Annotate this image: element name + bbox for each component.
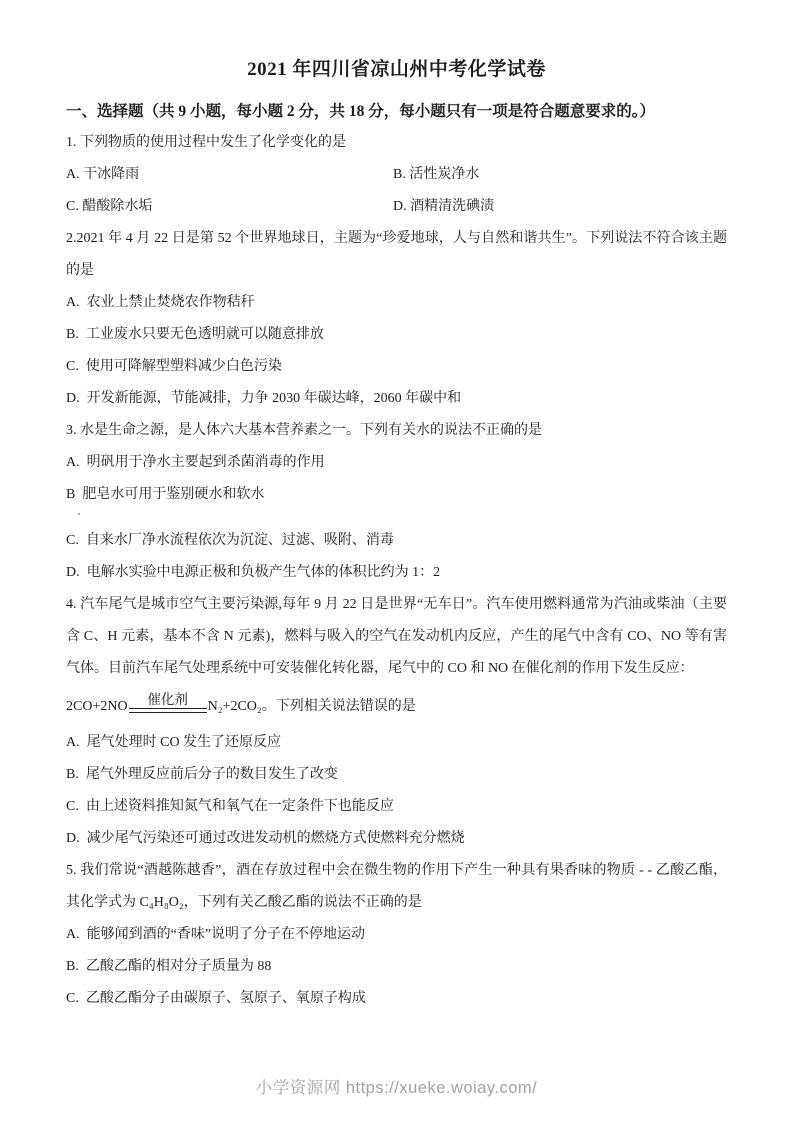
option-c: C. 由上述资料推知氮气和氧气在一定条件下也能反应 [66,791,727,823]
option-d: D. 减少尾气污染还可通过改进发动机的燃烧方式使燃料充分燃烧 [66,823,727,855]
question-3: 3. 水是生命之源，是人体六大基本营养素之一。下列有关水的说法不正确的是 A. … [66,415,727,589]
catalyst-label: 催化剂 [141,691,194,708]
question-4: 4. 汽车尾气是城市空气主要污染源,每年 9 月 22 日是世界“无车日”。汽车… [66,589,727,855]
option-d: D. 电解水实验中电源正极和负极产生气体的体积比约为 1：2 [66,557,727,589]
question-5: 5. 我们常说“酒越陈越香”，酒在存放过程中会在微生物的作用下产生一种具有果香味… [66,855,727,1015]
question-stem: 2.2021 年 4 月 22 日是第 52 个世界地球日，主题为“珍爱地球，人… [66,223,727,287]
option-b: B. 乙酸乙酯的相对分子质量为 88 [66,951,727,983]
equation-tail-text: 。下列相关说法错误的是 [262,697,416,717]
exam-paper-page: 2021 年四川省凉山州中考化学试卷 一、选择题（共 9 小题，每小题 2 分，… [0,0,793,1122]
equation-reactants: 2CO+2NO [66,697,128,717]
option-d: D. 酒精清洗碘渍 [393,191,727,223]
option-c: C. 乙酸乙酯分子由碳原子、氢原子、氧原子构成 [66,983,727,1015]
section-heading: 一、选择题（共 9 小题，每小题 2 分，共 18 分，每小题只有一项是符合题意… [66,99,727,121]
option-c: C. 使用可降解型塑料减少白色污染 [66,351,727,383]
option-c: C. 醋酸除水垢 [66,191,393,223]
reaction-equals-line [129,708,207,713]
equation-products: N₂+2CO₂ [208,697,262,717]
option-b: B. 工业废水只要无色透明就可以随意排放 [66,319,727,351]
question-stem: 1. 下列物质的使用过程中发生了化学变化的是 [66,127,727,159]
option-d: D. 开发新能源，节能减排，力争 2030 年碳达峰，2060 年碳中和 [66,383,727,415]
question-stem: 5. 我们常说“酒越陈越香”，酒在存放过程中会在微生物的作用下产生一种具有果香味… [66,855,727,919]
question-stem: 3. 水是生命之源，是人体六大基本营养素之一。下列有关水的说法不正确的是 [66,415,727,447]
question-2: 2.2021 年 4 月 22 日是第 52 个世界地球日，主题为“珍爱地球，人… [66,223,727,415]
option-a: A. 明矾用于净水主要起到杀菌消毒的作用 [66,447,727,479]
option-c: C. 自来水厂净水流程依次为沉淀、过滤、吸附、消毒 [66,525,727,557]
option-b: B 肥皂水可用于鉴别硬水和软水 [66,479,727,511]
options-grid: A. 干冰降雨 B. 活性炭净水 C. 醋酸除水垢 D. 酒精清洗碘渍 [66,159,727,223]
option-b: B. 活性炭净水 [393,159,727,191]
option-b: B. 尾气外理反应前后分子的数目发生了改变 [66,759,727,791]
question-stem: 4. 汽车尾气是城市空气主要污染源,每年 9 月 22 日是世界“无车日”。汽车… [66,589,727,685]
option-a: A. 农业上禁止焚烧农作物秸秆 [66,287,727,319]
option-a: A. 干冰降雨 [66,159,393,191]
option-a: A. 能够闻到酒的“香味”说明了分子在不停地运动 [66,919,727,951]
chemical-equation: 2CO+2NO 催化剂 N₂+2CO₂ 。下列相关说法错误的是 [66,695,727,717]
footer-watermark: 小学资源网 https://xueke.woiay.com/ [0,1074,793,1098]
question-1: 1. 下列物质的使用过程中发生了化学变化的是 A. 干冰降雨 B. 活性炭净水 … [66,127,727,223]
page-title: 2021 年四川省凉山州中考化学试卷 [66,54,727,81]
page-content: 2021 年四川省凉山州中考化学试卷 一、选择题（共 9 小题，每小题 2 分，… [0,0,793,1015]
catalyst-condition: 催化剂 [129,691,207,713]
stray-scan-mark: ' [66,511,727,525]
option-a: A. 尾气处理时 CO 发生了还原反应 [66,727,727,759]
